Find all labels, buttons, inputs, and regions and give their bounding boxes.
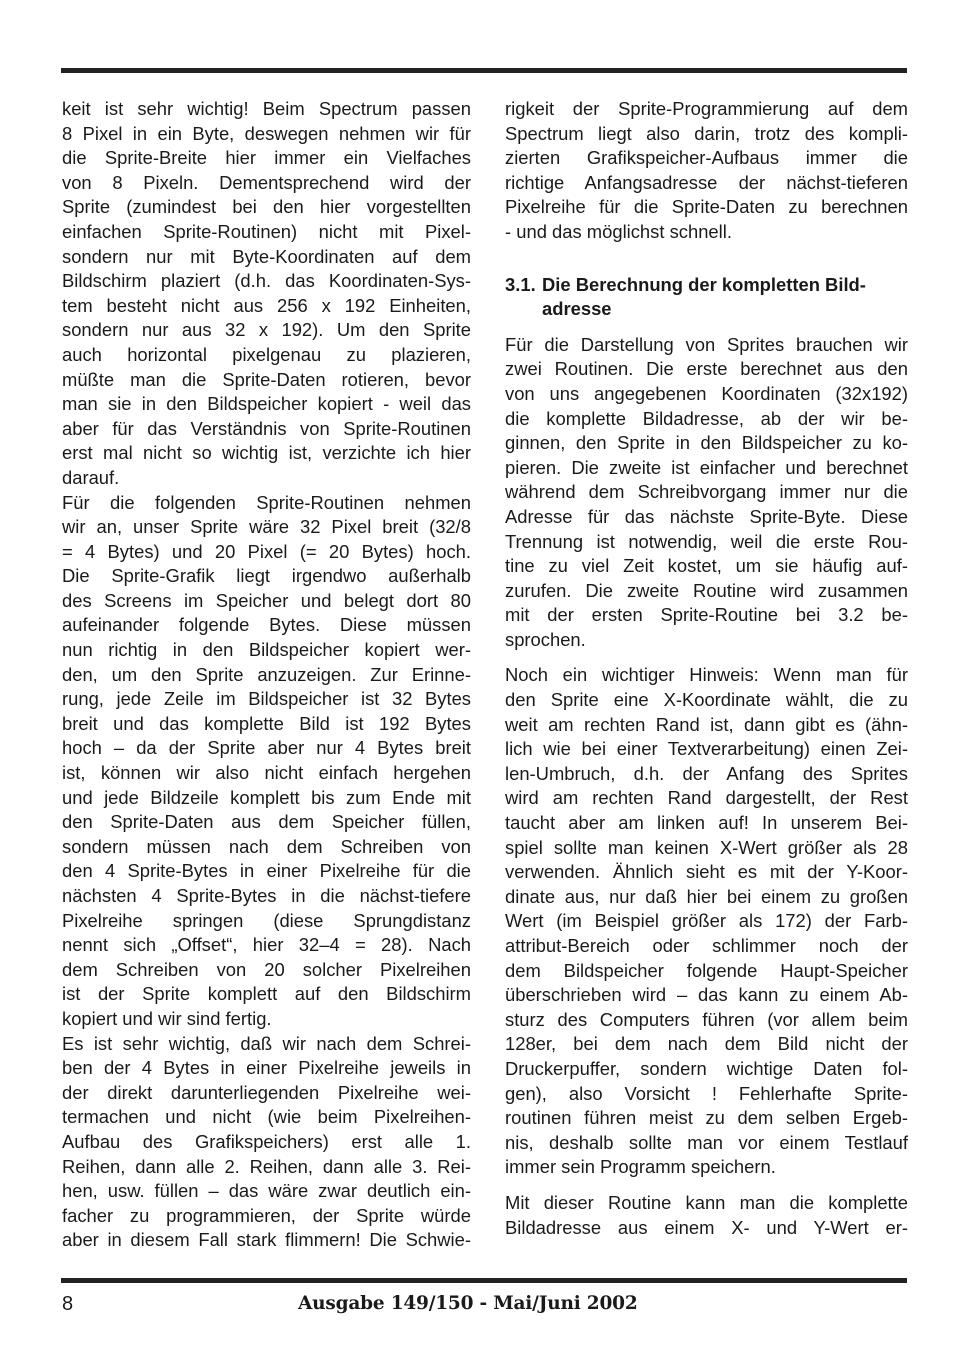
text-line: und jede Bildzeile komplett bis zum Ende… [62, 786, 471, 811]
text-line: den Sprite-Daten aus dem Speicher füllen… [62, 810, 471, 835]
text-line: Bildschirm plaziert (d.h. das Koordinate… [62, 269, 471, 294]
text-line: Mit dieser Routine kann man die komplett… [505, 1191, 908, 1216]
text-line: ben der 4 Bytes in einer Pixelreihe jewe… [62, 1056, 471, 1081]
text-line: aufeinander folgende Bytes. Diese müssen [62, 613, 471, 638]
text-line: 8 Pixel in ein Byte, deswegen nehmen wir… [62, 122, 471, 147]
text-line: 128er, bei dem nach dem Bild nicht der [505, 1032, 908, 1057]
text-line: = 4 Bytes) und 20 Pixel (= 20 Bytes) hoc… [62, 540, 471, 565]
text-line: mit der ersten Sprite-Routine bei 3.2 be… [505, 603, 908, 628]
text-line: Es ist sehr wichtig, daß wir nach dem Sc… [62, 1032, 471, 1057]
text-line: sondern nur mit Byte-Koordinaten auf dem [62, 245, 471, 270]
text-line: den 4 Sprite-Bytes in einer Pixelreihe f… [62, 859, 471, 884]
footer-rule [61, 1278, 907, 1283]
text-line: Pixelreihe für die Sprite-Daten zu berec… [505, 195, 908, 220]
section-number: 3.1. [505, 273, 542, 298]
text-line: wird am rechten Rand dargestellt, der Re… [505, 786, 908, 811]
text-line: Für die Darstellung von Sprites brauchen… [505, 333, 908, 358]
text-line: Trennung ist notwendig, weil die erste R… [505, 530, 908, 555]
text-line: dinate aus, nur daß hier bei einem zu gr… [505, 885, 908, 910]
paragraph: Für die folgenden Sprite-Routinen nehmen… [62, 491, 471, 1032]
text-line: zurufen. Die zweite Routine wird zusamme… [505, 579, 908, 604]
text-line: hoch – da der Sprite aber nur 4 Bytes br… [62, 736, 471, 761]
text-line: sprochen. [505, 628, 908, 653]
text-line: Bildadresse aus einem X- und Y-Wert er- [505, 1216, 908, 1241]
text-line: nächsten 4 Sprite-Bytes in die nächst-ti… [62, 884, 471, 909]
text-line: von 8 Pixeln. Dementsprechend wird der [62, 171, 471, 196]
text-line: lich wie bei einer Textverarbeitung) ein… [505, 737, 908, 762]
text-line: tine zu viel Zeit kostet, um sie häufig … [505, 554, 908, 579]
text-line: während dem Schreibvorgang immer nur die [505, 480, 908, 505]
text-line: gen), also Vorsicht ! Fehlerhafte Sprite… [505, 1082, 908, 1107]
text-line: einfachen Sprite-Routinen) nicht mit Pix… [62, 220, 471, 245]
text-line: hen, usw. füllen – das wäre zwar deutlic… [62, 1179, 471, 1204]
text-line: des Screens im Speicher und belegt dort … [62, 589, 471, 614]
text-line: richtige Anfangsadresse der nächst-tiefe… [505, 171, 908, 196]
text-line: ginnen, den Sprite in den Bildspeicher z… [505, 431, 908, 456]
page-footer: 8 Ausgabe 149/150 - Mai/Juni 2002 [62, 1293, 908, 1323]
text-line: spiel sollte man keinen X-Wert größer al… [505, 836, 908, 861]
text-line: verwenden. Ähnlich sieht es mit der Y-Ko… [505, 860, 908, 885]
section-title-line-1: Die Berechnung der kompletten Bild- [542, 274, 866, 295]
section-title-line-2: adresse [505, 297, 908, 322]
text-line: darauf. [62, 466, 471, 491]
text-line: rung, jede Zeile im Bildspeicher ist 32 … [62, 687, 471, 712]
text-line: immer sein Programm speichern. [505, 1155, 908, 1180]
text-line: wir an, unser Sprite wäre 32 Pixel breit… [62, 515, 471, 540]
text-line: ist, können wir also nicht einfach herge… [62, 761, 471, 786]
text-line: zwei Routinen. Die erste berechnet aus d… [505, 357, 908, 382]
text-line: Adresse für das nächste Sprite-Byte. Die… [505, 505, 908, 530]
text-line: die komplette Bildadresse, ab der wir be… [505, 407, 908, 432]
paragraph: Mit dieser Routine kann man die komplett… [505, 1191, 908, 1240]
text-line: nennt sich „Offset“, hier 32–4 = 28). Na… [62, 933, 471, 958]
text-line: taucht aber am linken auf! In unserem Be… [505, 811, 908, 836]
text-line: den, um den Sprite anzuzeigen. Zur Erinn… [62, 663, 471, 688]
text-line: sondern nur aus 32 x 192). Um den Sprite [62, 318, 471, 343]
text-line: überschrieben wird – das kann zu einem A… [505, 983, 908, 1008]
text-line: breit und das komplette Bild ist 192 Byt… [62, 712, 471, 737]
text-line: sturz des Computers führen (vor allem be… [505, 1008, 908, 1033]
issue-label: Ausgabe 149/150 - Mai/Juni 2002 [298, 1293, 638, 1314]
text-line: pieren. Die zweite ist einfacher und ber… [505, 456, 908, 481]
text-line: erst mal nicht so wichtig ist, verzichte… [62, 441, 471, 466]
text-line: dem Bildspeicher folgende Haupt-Speicher [505, 959, 908, 984]
right-column: rigkeit der Sprite-Programmierung auf de… [505, 97, 908, 1251]
text-line: von uns angegebenen Koordinaten (32x192) [505, 382, 908, 407]
text-line: den Sprite eine X-Koordinate wählt, die … [505, 688, 908, 713]
text-line: - und das möglichst schnell. [505, 220, 908, 245]
paragraph: rigkeit der Sprite-Programmierung auf de… [505, 97, 908, 245]
text-line: ist der Sprite komplett auf den Bildschi… [62, 982, 471, 1007]
text-line: Die Sprite-Grafik liegt irgendwo außerha… [62, 564, 471, 589]
text-line: keit ist sehr wichtig! Beim Spectrum pas… [62, 97, 471, 122]
text-line: müßte man die Sprite-Daten rotieren, bev… [62, 368, 471, 393]
left-column: keit ist sehr wichtig! Beim Spectrum pas… [62, 97, 471, 1253]
text-line: nun richtig in den Bildspeicher kopiert … [62, 638, 471, 663]
text-line: sondern müssen nach dem Schreiben von [62, 835, 471, 860]
paragraph: Es ist sehr wichtig, daß wir nach dem Sc… [62, 1032, 471, 1253]
text-line: Noch ein wichtiger Hinweis: Wenn man für [505, 663, 908, 688]
text-line: Druckerpuffer, sondern wichtige Daten fo… [505, 1057, 908, 1082]
text-line: nis, deshalb sollte man vor einem Testla… [505, 1131, 908, 1156]
text-line: man sie in den Bildspeicher kopiert - we… [62, 392, 471, 417]
text-line: aber für das Verständnis von Sprite-Rout… [62, 417, 471, 442]
text-line: aber in diesem Fall stark flimmern! Die … [62, 1228, 471, 1253]
text-line: len-Umbruch, d.h. der Anfang des Sprites [505, 762, 908, 787]
section-heading: 3.1.Die Berechnung der kompletten Bild- … [505, 273, 908, 322]
paragraph: Noch ein wichtiger Hinweis: Wenn man für… [505, 663, 908, 1179]
text-line: attribut-Bereich oder schlimmer noch der [505, 934, 908, 959]
text-line: kopiert und wir sind fertig. [62, 1007, 471, 1032]
text-line: routinen führen meist zu dem selben Erge… [505, 1106, 908, 1131]
text-line: Für die folgenden Sprite-Routinen nehmen [62, 491, 471, 516]
text-line: facher zu programmieren, der Sprite würd… [62, 1204, 471, 1229]
text-line: Spectrum liegt also darin, trotz des kom… [505, 122, 908, 147]
text-line: dem Schreiben von 20 solcher Pixelreihen [62, 958, 471, 983]
text-line: Wert (im Beispiel größer als 172) der Fa… [505, 909, 908, 934]
text-line: Sprite (zumindest bei den hier vorgestel… [62, 195, 471, 220]
text-line: Reihen, dann alle 2. Reihen, dann alle 3… [62, 1155, 471, 1180]
text-line: auch horizontal pixelgenau zu plazieren, [62, 343, 471, 368]
header-rule [61, 68, 907, 73]
text-line: der direkt darunterliegenden Pixelreihe … [62, 1081, 471, 1106]
paragraph: Für die Darstellung von Sprites brauchen… [505, 333, 908, 653]
text-line: weit am rechten Rand ist, dann gibt es (… [505, 713, 908, 738]
text-line: Pixelreihe springen (diese Sprungdistanz [62, 909, 471, 934]
text-line: zierten Grafikspeicher-Aufbaus immer die [505, 146, 908, 171]
text-line: tem besteht nicht aus 256 x 192 Einheite… [62, 294, 471, 319]
page-number: 8 [62, 1293, 73, 1316]
text-line: die Sprite-Breite hier immer ein Vielfac… [62, 146, 471, 171]
paragraph: keit ist sehr wichtig! Beim Spectrum pas… [62, 97, 471, 491]
text-line: rigkeit der Sprite-Programmierung auf de… [505, 97, 908, 122]
text-line: termachen und nicht (wie beim Pixelreihe… [62, 1105, 471, 1130]
text-line: Aufbau des Grafikspeichers) erst alle 1. [62, 1130, 471, 1155]
